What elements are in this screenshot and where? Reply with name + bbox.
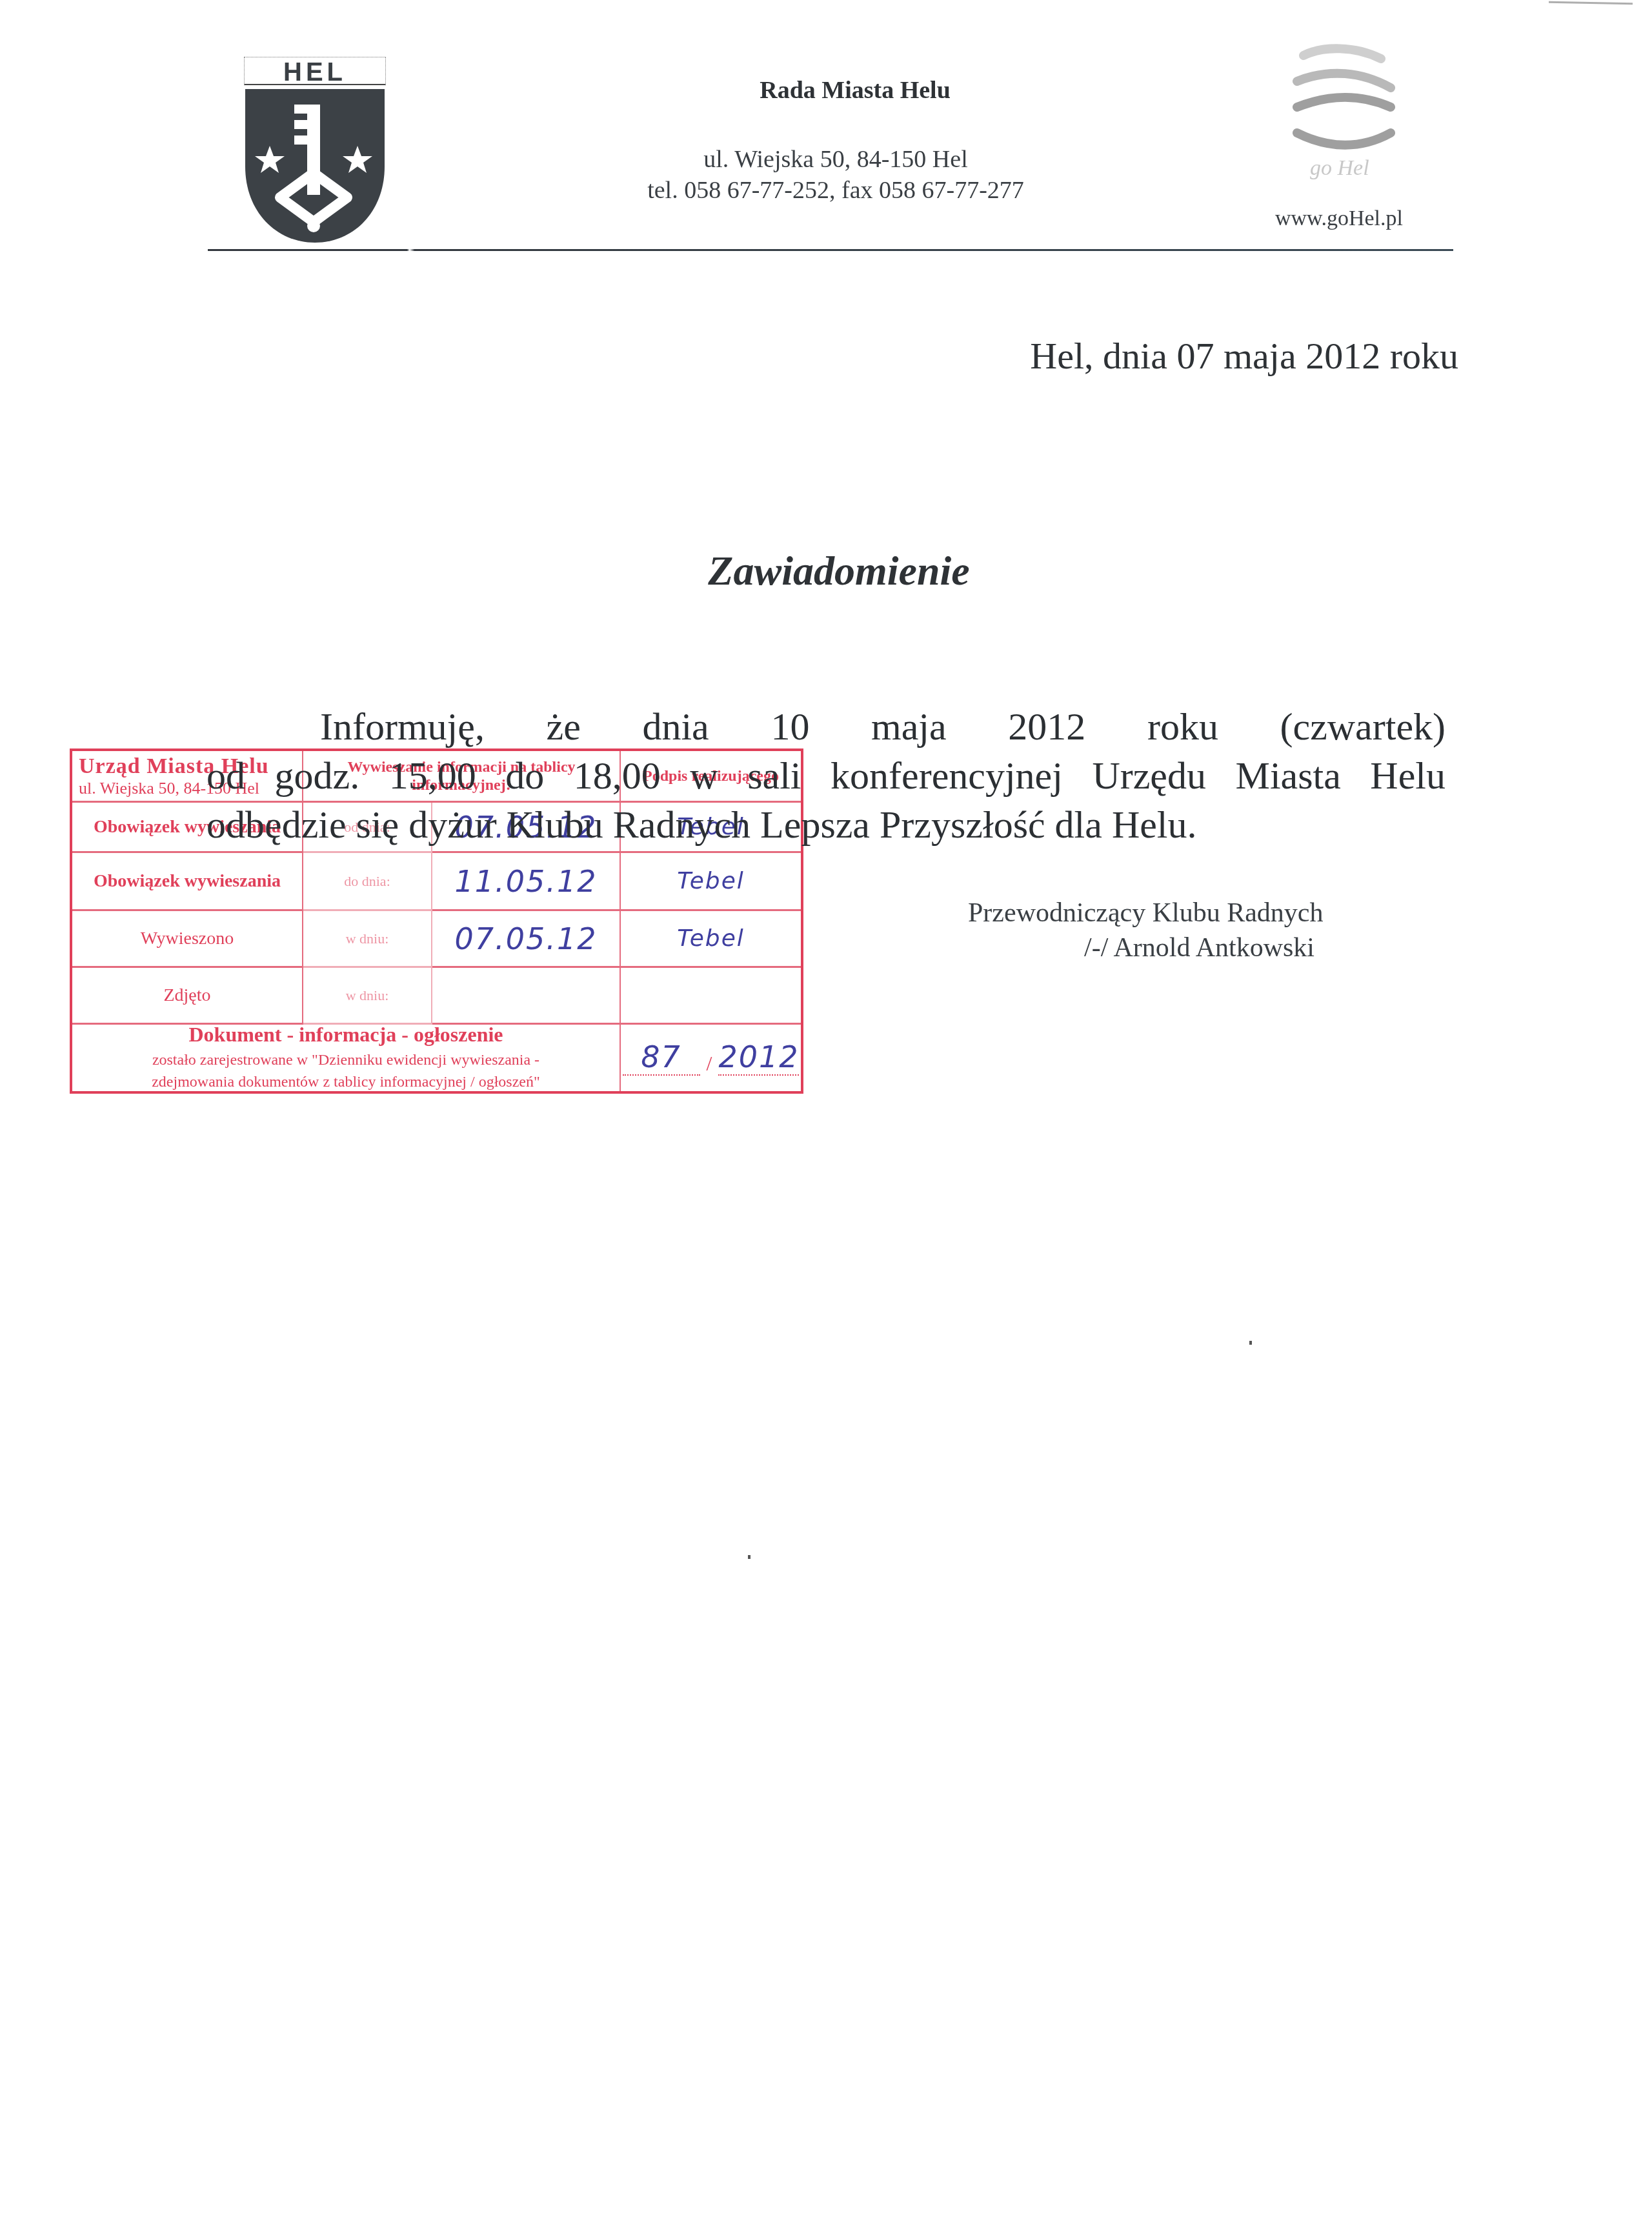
place-and-date: Hel, dnia 07 maja 2012 roku <box>916 334 1458 377</box>
stamp-row-signature: Tebel <box>621 911 801 968</box>
stamp-row-label: Zdjęto <box>72 968 303 1025</box>
body-line: odbędzie się dyżur Klubu Radnych Lepsza … <box>206 800 1445 849</box>
scan-speck <box>1249 1341 1252 1345</box>
body-line: od godz. 15,00 do 18,00 w sali konferenc… <box>206 751 1445 800</box>
stamp-registration-text: Dokument - informacja - ogłoszenie zosta… <box>72 1025 621 1091</box>
registration-separator: / <box>707 1052 712 1076</box>
stamp-registration-title: Dokument - informacja - ogłoszenie <box>188 1025 503 1045</box>
stamp-row-sub: w dniu: <box>303 911 432 968</box>
organization-contact: ul. Wiejska 50, 84-150 Hel tel. 058 67-7… <box>581 144 1091 206</box>
stamp-row-signature <box>621 968 801 1025</box>
registration-number: 87 <box>623 1040 700 1076</box>
scan-speck <box>748 1555 750 1559</box>
address-line: ul. Wiejska 50, 84-150 Hel <box>581 144 1091 175</box>
stamp-registration-number: 87 / 2012 <box>621 1025 801 1091</box>
header-divider <box>208 249 1453 251</box>
registration-year: 2012 <box>718 1040 799 1076</box>
stamp-row-label: Wywieszono <box>72 911 303 968</box>
stamp-registration-line: zdejmowania dokumentów z tablicy informa… <box>152 1071 540 1092</box>
signature-block: Przewodniczący Klubu Radnych /-/ Arnold … <box>968 896 1445 965</box>
signature-name: /-/ Arnold Antkowski <box>968 930 1445 965</box>
scan-artifact-line <box>1549 1 1633 5</box>
gohel-fish-logo-icon: go Hel <box>1284 43 1400 204</box>
shield-key-icon <box>244 89 386 244</box>
stamp-row-label: Obowiązek wywieszania <box>72 853 303 911</box>
stamp-row-date <box>432 968 621 1025</box>
stamp-row-date: 07.05.12 <box>432 911 621 968</box>
signature-title: Przewodniczący Klubu Radnych <box>968 898 1324 928</box>
stamp-row-sub: do dnia: <box>303 853 432 911</box>
letter-body: Informuję, że dnia 10 maja 2012 roku (cz… <box>206 702 1445 849</box>
stamp-row-date: 11.05.12 <box>432 853 621 911</box>
body-line: Informuję, że dnia 10 maja 2012 roku (cz… <box>206 702 1445 751</box>
stamp-registration-line: zostało zarejestrowane w "Dzienniku ewid… <box>152 1049 539 1071</box>
stamp-row-sub: w dniu: <box>303 968 432 1025</box>
contact-line: tel. 058 67-77-252, fax 058 67-77-277 <box>581 175 1091 206</box>
coat-of-arms-label: HEL <box>244 58 386 87</box>
website-link[interactable]: www.goHel.pl <box>1226 206 1452 231</box>
document-title: Zawiadomienie <box>581 547 1097 595</box>
coat-of-arms: HEL <box>244 57 386 244</box>
organization-name: Rada Miasta Helu <box>645 76 1065 105</box>
stamp-row-signature: Tebel <box>621 853 801 911</box>
svg-text:go Hel: go Hel <box>1310 156 1369 180</box>
